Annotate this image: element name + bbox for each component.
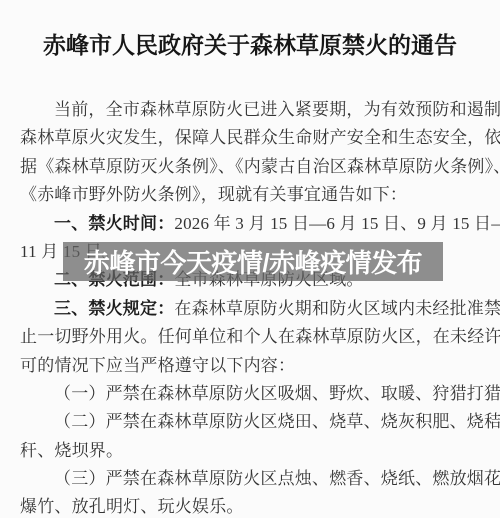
line-text: 秆、烧坝界。 (20, 441, 123, 460)
notice-line: （二）严禁在森林草原防火区烧田、烧草、烧灰积肥、烧秸 (20, 408, 488, 436)
line-text: 当前，全市森林草原防火已进入紧要期，为有效预防和遏制 (54, 100, 500, 119)
notice-line: 可的情况下应当严格遵守以下内容： (20, 352, 488, 380)
notice-body: 当前，全市森林草原防火已进入紧要期，为有效预防和遏制 森林草原火灾发生，保障人民… (20, 96, 488, 518)
notice-line: 止一切野外用火。任何单位和个人在森林草原防火区，在未经许 (20, 323, 488, 351)
notice-line: 森林草原火灾发生，保障人民群众生命财产安全和生态安全，依 (20, 124, 488, 152)
notice-line: 当前，全市森林草原防火已进入紧要期，为有效预防和遏制 (20, 96, 488, 124)
line-text: 可的情况下应当严格遵守以下内容： (20, 356, 295, 375)
line-text: 《赤峰市野外防火条例》，现就有关事宜通告如下： (20, 185, 407, 204)
notice-line: 一、禁火时间：2026 年 3 月 15 日—6 月 15 日、9 月 15 日… (20, 210, 488, 238)
line-text: 止一切野外用火。任何单位和个人在森林草原防火区，在未经许 (20, 327, 500, 346)
line-text: 在森林草原防火期和防火区域内未经批准禁 (174, 299, 500, 318)
line-text: （三）严禁在森林草原防火区点烛、燃香、烧纸、燃放烟花 (54, 469, 500, 488)
section-label: 一、禁火时间： (54, 214, 174, 233)
line-text: 森林草原火灾发生，保障人民群众生命财产安全和生态安全，依 (20, 128, 500, 147)
line-text: 爆竹、放孔明灯、玩火娱乐。 (20, 497, 244, 516)
watermark-banner: 赤峰市今天疫情/赤峰疫情发布 (63, 242, 443, 281)
notice-line: 爆竹、放孔明灯、玩火娱乐。 (20, 493, 488, 518)
line-text: （一）严禁在森林草原防火区吸烟、野炊、取暖、狩猎打猎。 (54, 384, 500, 403)
notice-line: 据《森林草原防灭火条例》、《内蒙古自治区森林草原防火条例》、 (20, 153, 488, 181)
line-text: （二）严禁在森林草原防火区烧田、烧草、烧灰积肥、烧秸 (54, 412, 500, 431)
line-text: 2026 年 3 月 15 日—6 月 15 日、9 月 15 日— (174, 214, 500, 233)
notice-line: （三）严禁在森林草原防火区点烛、燃香、烧纸、燃放烟花 (20, 465, 488, 493)
scanned-notice-page: 赤峰市人民政府关于森林草原禁火的通告 当前，全市森林草原防火已进入紧要期，为有效… (0, 0, 500, 518)
line-text: 据《森林草原防灭火条例》、《内蒙古自治区森林草原防火条例》、 (20, 157, 500, 176)
watermark-text: 赤峰市今天疫情/赤峰疫情发布 (84, 243, 422, 280)
notice-line: 秆、烧坝界。 (20, 437, 488, 465)
section-label: 三、禁火规定： (54, 299, 174, 318)
notice-title: 赤峰市人民政府关于森林草原禁火的通告 (0, 27, 500, 60)
notice-line: （一）严禁在森林草原防火区吸烟、野炊、取暖、狩猎打猎。 (20, 380, 488, 408)
notice-line: 三、禁火规定：在森林草原防火期和防火区域内未经批准禁 (20, 295, 488, 323)
notice-line: 《赤峰市野外防火条例》，现就有关事宜通告如下： (20, 181, 488, 209)
